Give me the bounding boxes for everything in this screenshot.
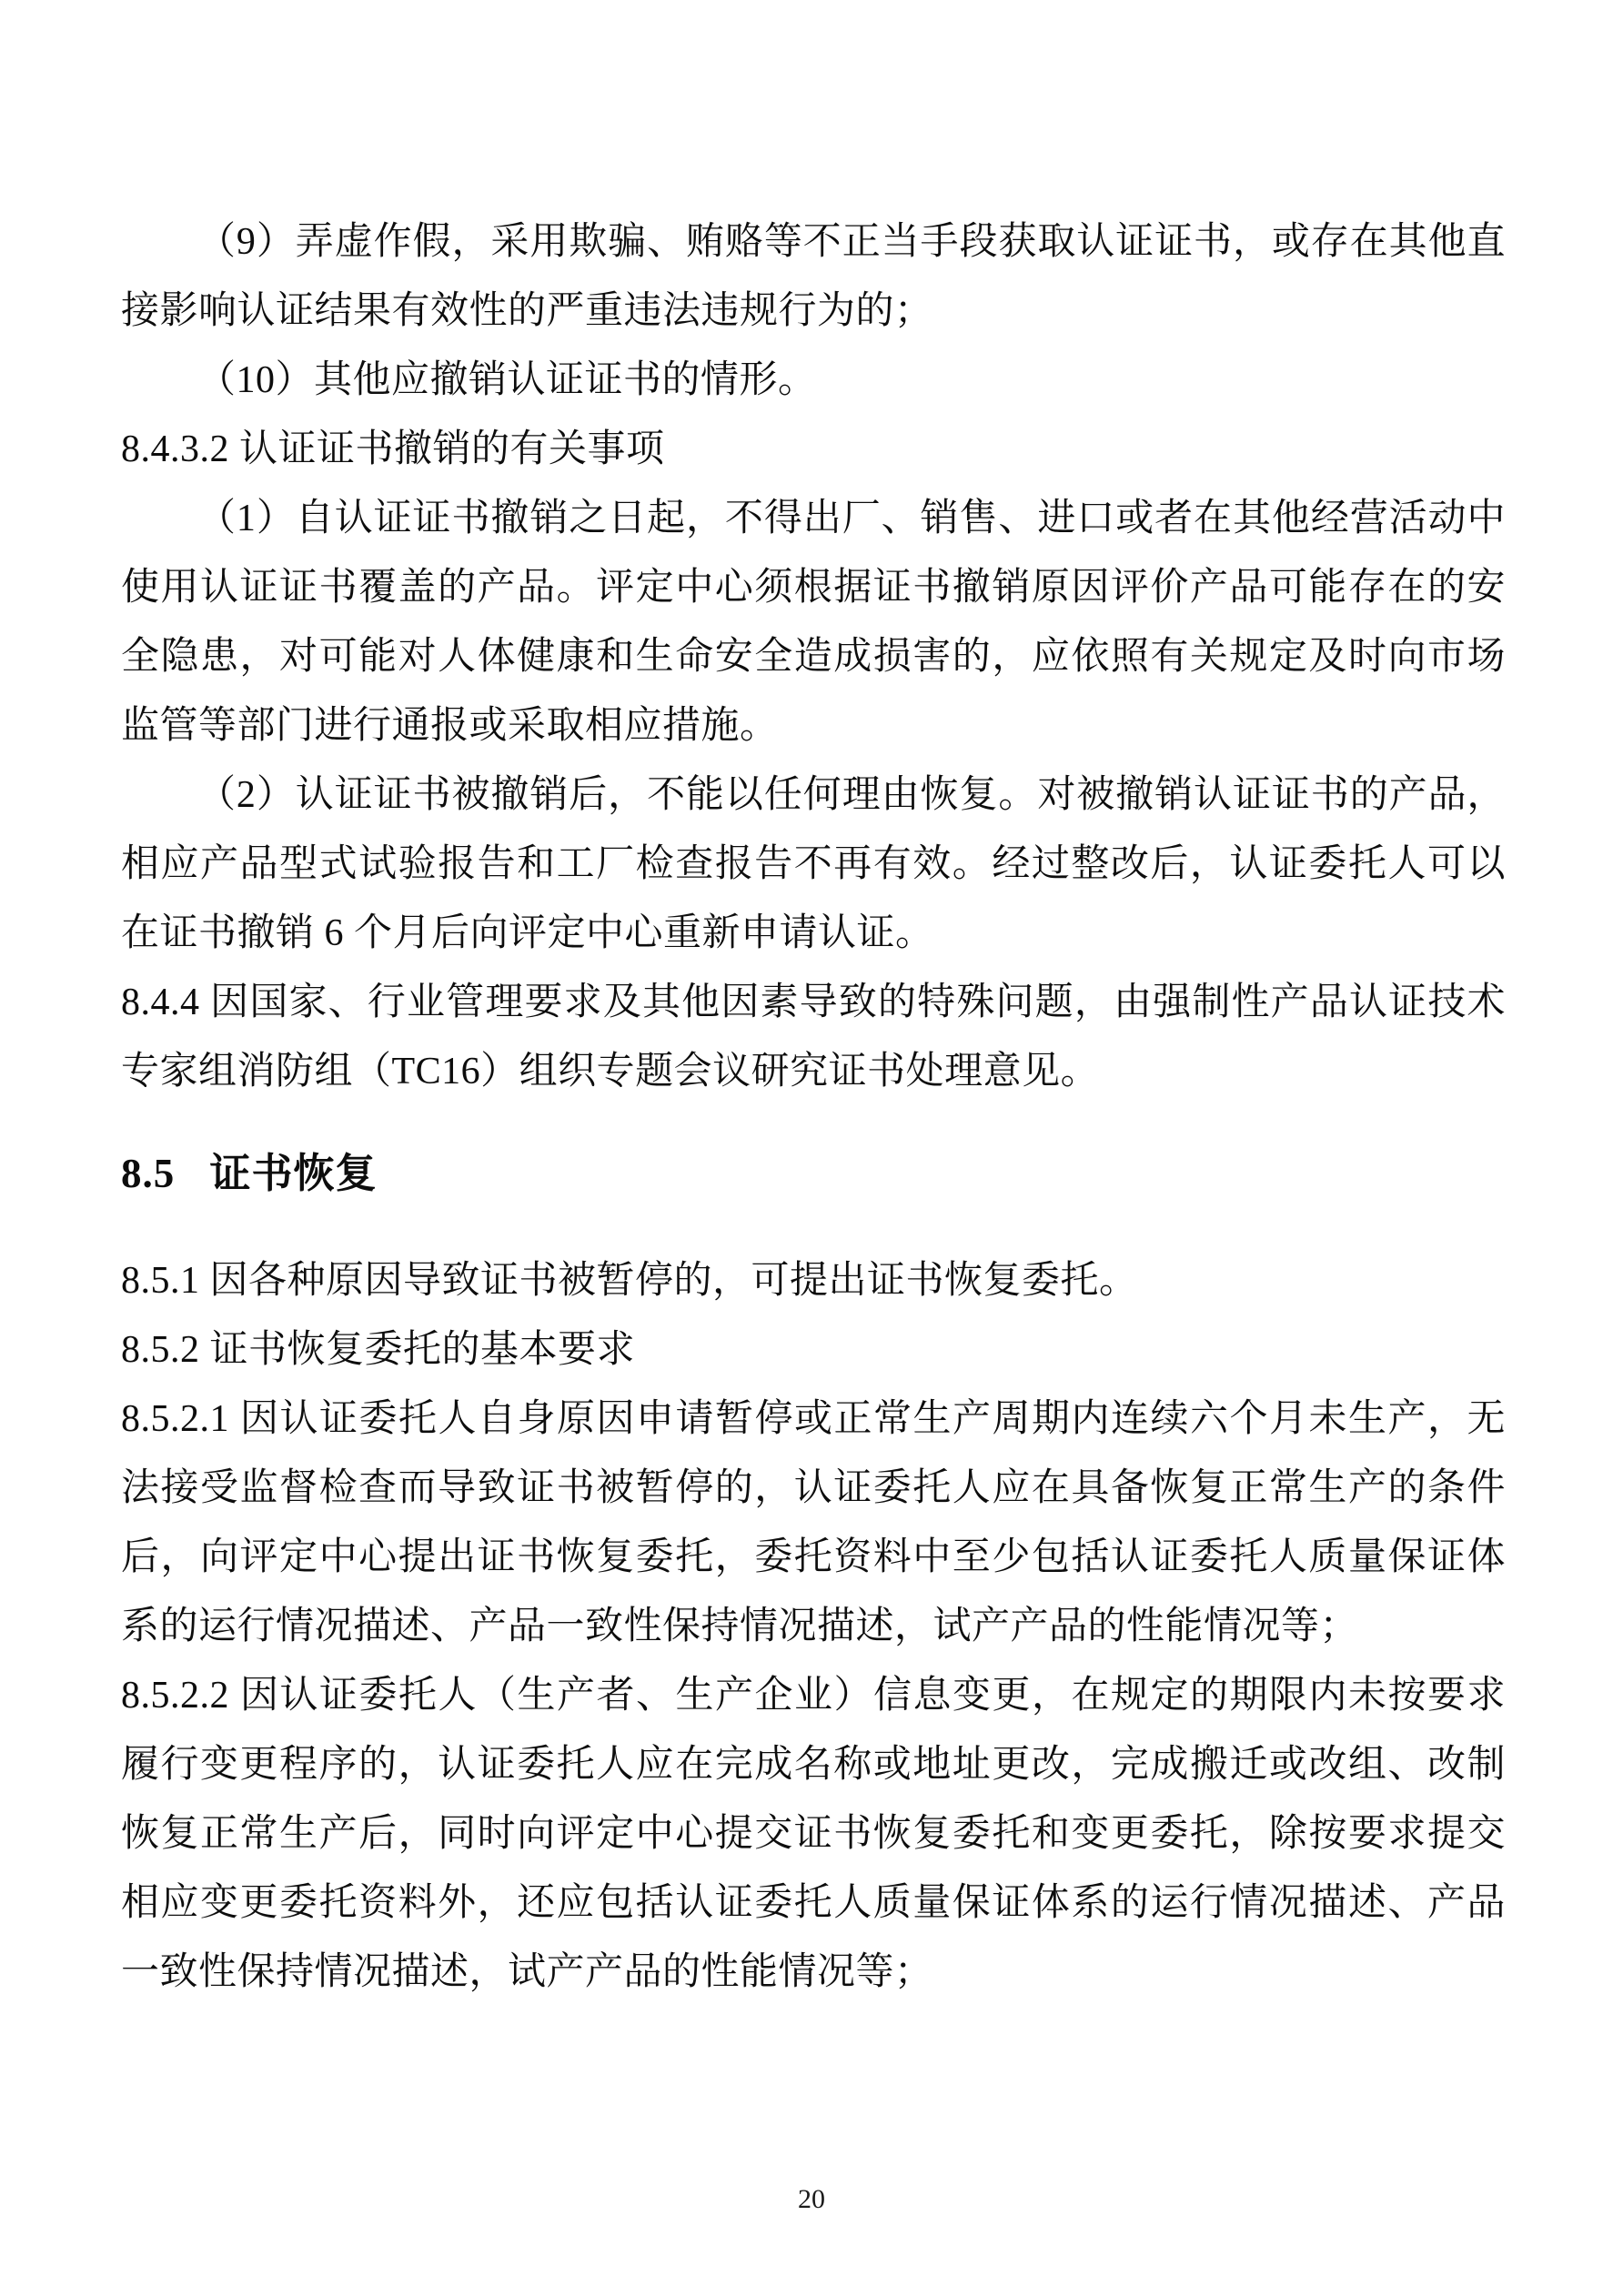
section-number: 8.5 bbox=[121, 1151, 175, 1196]
clause-item-2: （2）认证证书被撤销后，不能以任何理由恢复。对被撤销认证证书的产品，相应产品型式… bbox=[121, 760, 1506, 968]
clause-item-10: （10）其他应撤销认证证书的情形。 bbox=[121, 346, 1506, 415]
clause-8-4-4: 8.4.4 因国家、行业管理要求及其他因素导致的特殊问题，由强制性产品认证技术专… bbox=[121, 968, 1506, 1106]
clause-8-5-1: 8.5.1 因各种原因导致证书被暂停的，可提出证书恢复委托。 bbox=[121, 1246, 1506, 1315]
clause-8-5-2-1: 8.5.2.1 因认证委托人自身原因申请暂停或正常生产周期内连续六个月未生产，无… bbox=[121, 1385, 1506, 1661]
section-heading-8-5: 8.5证书恢复 bbox=[121, 1137, 1506, 1210]
clause-8-4-3-2-heading: 8.4.3.2 认证证书撤销的有关事项 bbox=[121, 415, 1506, 484]
document-page: （9）弄虚作假，采用欺骗、贿赂等不正当手段获取认证证书，或存在其他直接影响认证结… bbox=[0, 0, 1623, 2296]
page-number: 20 bbox=[0, 2181, 1623, 2218]
clause-8-5-2: 8.5.2 证书恢复委托的基本要求 bbox=[121, 1315, 1506, 1385]
document-body: （9）弄虚作假，采用欺骗、贿赂等不正当手段获取认证证书，或存在其他直接影响认证结… bbox=[121, 207, 1506, 2007]
clause-item-1: （1）自认证证书撤销之日起，不得出厂、销售、进口或者在其他经营活动中使用认证证书… bbox=[121, 484, 1506, 760]
clause-item-9: （9）弄虚作假，采用欺骗、贿赂等不正当手段获取认证证书，或存在其他直接影响认证结… bbox=[121, 207, 1506, 346]
section-title: 证书恢复 bbox=[210, 1151, 378, 1196]
clause-8-5-2-2: 8.5.2.2 因认证委托人（生产者、生产企业）信息变更，在规定的期限内未按要求… bbox=[121, 1661, 1506, 2007]
